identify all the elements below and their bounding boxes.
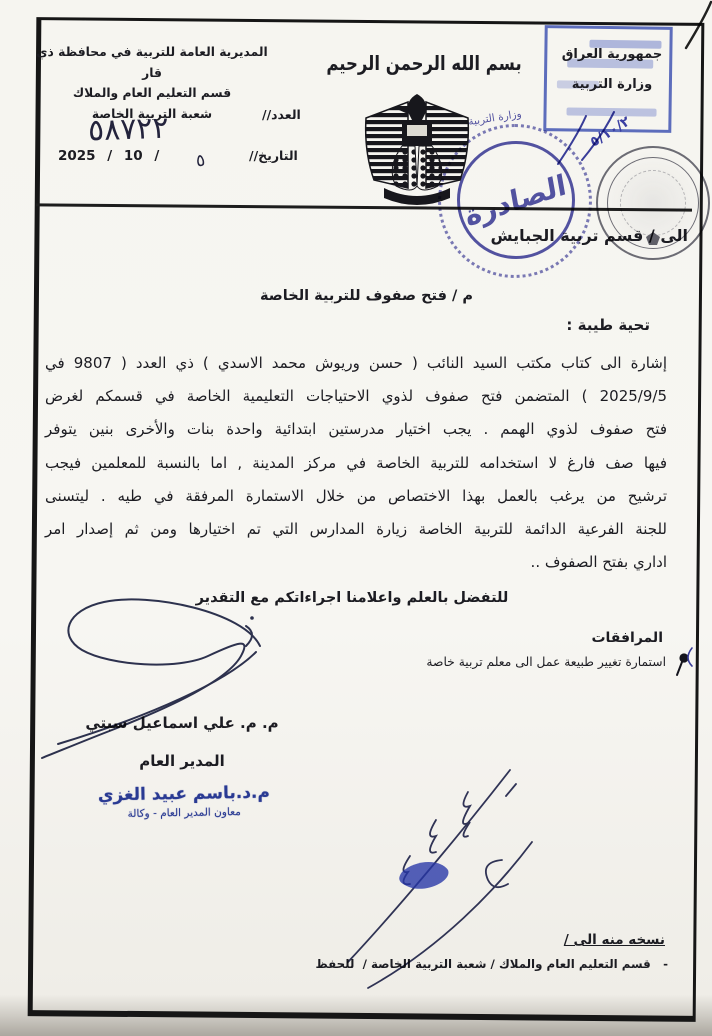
attachment-item: استمارة تغيير طبيعة عمل الى معلم تربية خ… [426, 655, 666, 669]
date-label: التاريخ// [249, 148, 298, 163]
deputy-stamp: م.د.باسم عبيد الغزي معاون المدير العام -… [58, 782, 311, 821]
body-line: اداري بفتح الصفوف .. [45, 546, 667, 579]
copy-to-item: - قسم التعليم العام والملاك / شعبة الترب… [316, 957, 669, 971]
body-line: للجنة الفرعية الدائمة للتربية الخاصة زيا… [45, 513, 667, 546]
country-name: جمهورية العراق [552, 40, 672, 70]
seal-text-ring [620, 170, 686, 236]
body-line: ترشيح من يرغب بالعمل بهذا الاختصاص من خل… [45, 480, 667, 513]
attachments-title: المرافقات [591, 630, 663, 646]
body-line: 2025/9/5 ) المتضمن فتح صفوف لذوي الاحتيا… [45, 380, 667, 413]
ministry-round-seal [596, 146, 710, 260]
closing-line: للتفضل بالعلم واعلامنا اجراءاتكم مع التق… [172, 590, 532, 606]
greeting-line: تحية طيبة : [566, 316, 650, 334]
date-printed: 2025 / 10 / [58, 148, 200, 164]
body-line: فيها صف فارغ لا استخدامه للتربية الخاصة … [45, 447, 667, 480]
ref-number-handwritten: ٥٨٧٢٢ [87, 111, 169, 149]
body-line: فتح صفوف لذوي الهمم . يجب اختيار مدرستين… [45, 413, 667, 446]
subject-line: م / فتح صفوف للتربية الخاصة [260, 288, 473, 304]
outgoing-stamp: الصادرة [457, 141, 575, 259]
signer-name: م. م. علي اسماعيل سبتي [68, 714, 296, 732]
ref-number-label: العدد// [262, 107, 301, 122]
seal-eagle-icon [644, 232, 662, 246]
directorate-line2: قسم التعليم العام والملاك [33, 83, 271, 104]
copy-to-title: نسخه منه الى / [564, 932, 665, 948]
ministry-name: وزارة التربية [552, 70, 672, 100]
signer-title: المدير العام [68, 752, 296, 770]
letter-body: إشارة الى كتاب مكتب السيد النائب ( حسن و… [45, 347, 667, 579]
deputy-stamp-name: م.د.باسم عبيد الغزي [58, 782, 310, 806]
outgoing-stamp-text: الصادرة [463, 167, 569, 232]
directorate-line1: المديرية العامة للتربية في محافظة ذي قار [33, 42, 271, 83]
body-line: إشارة الى كتاب مكتب السيد النائب ( حسن و… [45, 347, 667, 380]
basmala: بسم الله الرحمن الرحيم [326, 52, 522, 74]
scanned-official-letter: جمهورية العراق وزارة التربية بسم الله ال… [0, 0, 712, 1036]
stamp-text-smudge [566, 107, 656, 116]
agency-block: جمهورية العراق وزارة التربية [552, 40, 672, 100]
